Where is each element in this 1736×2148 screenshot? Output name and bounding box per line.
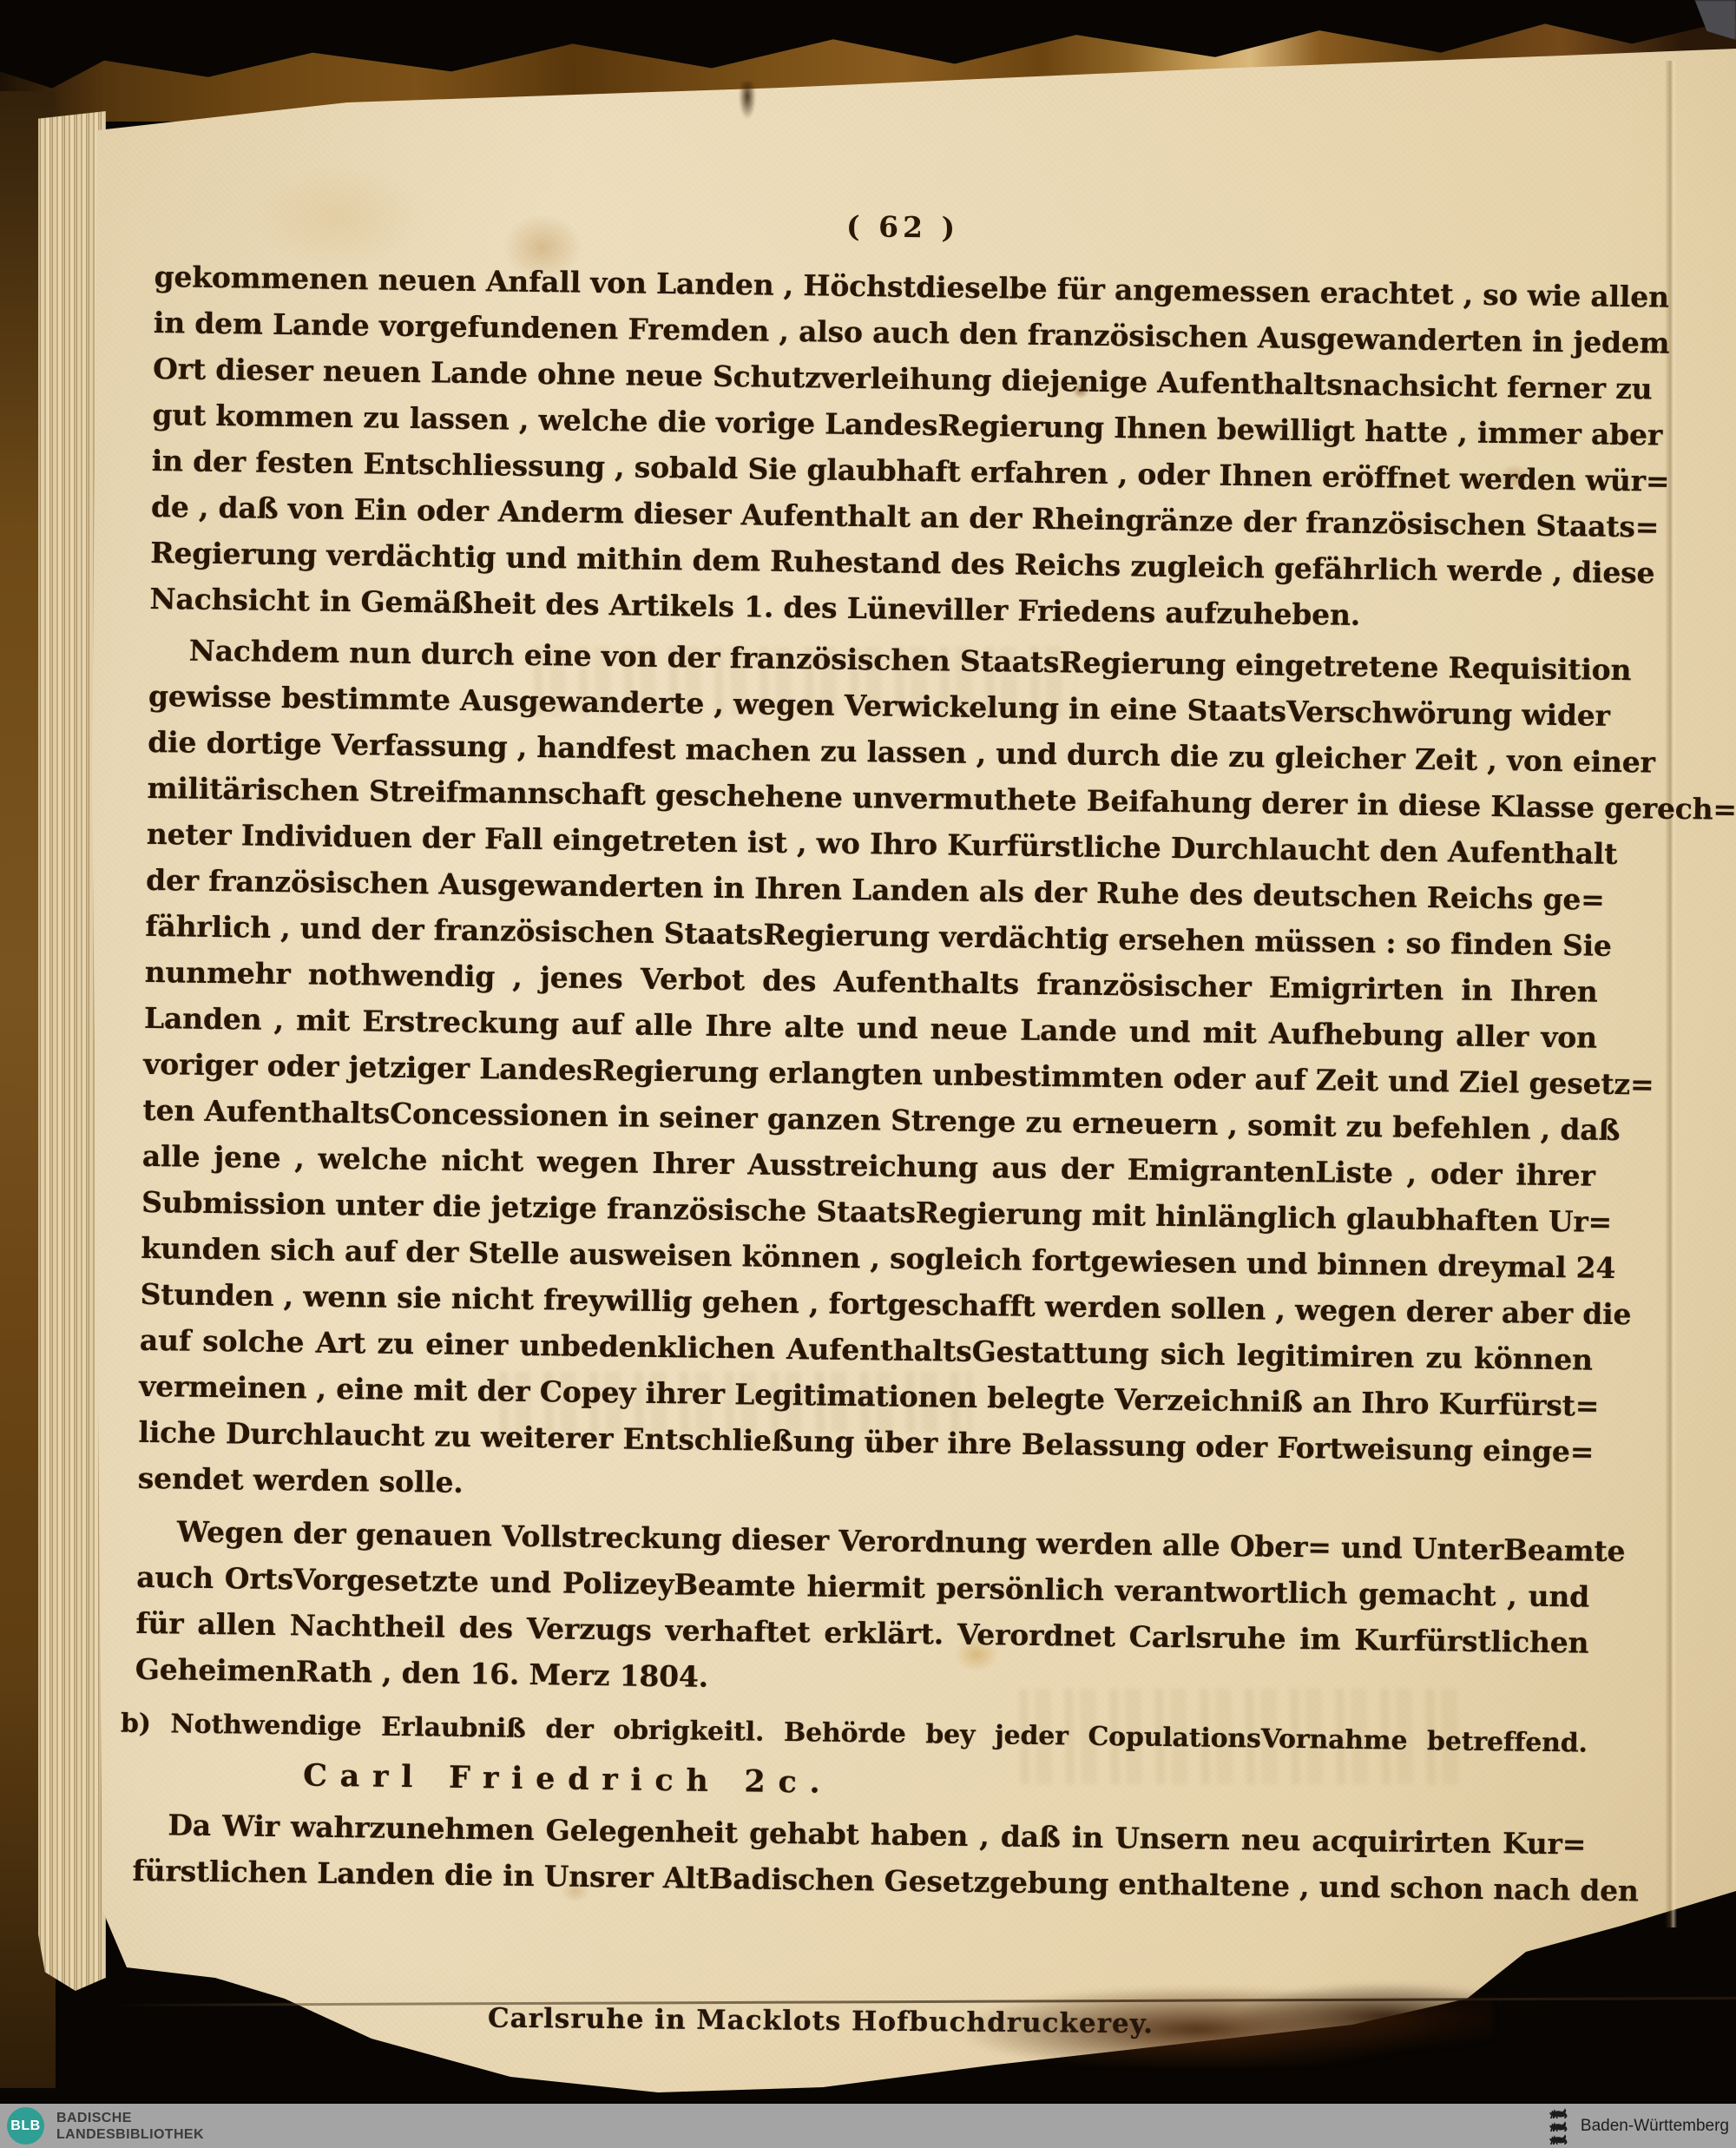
- library-branding: BLB BADISCHE LANDESBIBLIOTHEK: [0, 2107, 204, 2145]
- library-name-line2: LANDESBIBLIOTHEK: [56, 2126, 204, 2143]
- coat-of-arms-icon: [1548, 2107, 1570, 2145]
- blb-logo-text: BLB: [10, 2118, 40, 2134]
- footer-bar: BLB BADISCHE LANDESBIBLIOTHEK Baden-Würt…: [0, 2104, 1736, 2148]
- page-number: ( 62 ): [846, 209, 960, 245]
- state-branding: Baden-Württemberg: [1548, 2107, 1736, 2145]
- printer-imprint: Carlsruhe in Macklots Hofbuchdruckerey.: [488, 2003, 1154, 2040]
- state-label: Baden-Württemberg: [1581, 2117, 1729, 2136]
- text-block: gekommenen neuen Anfall von Landen , Höc…: [132, 254, 1608, 1914]
- library-name: BADISCHE LANDESBIBLIOTHEK: [56, 2110, 204, 2143]
- scan-background: { "document": { "page_number": "( 62 )",…: [0, 0, 1736, 2148]
- ink-drip: [736, 82, 759, 132]
- blb-logo-icon: BLB: [7, 2107, 44, 2145]
- library-name-line1: BADISCHE: [56, 2110, 204, 2126]
